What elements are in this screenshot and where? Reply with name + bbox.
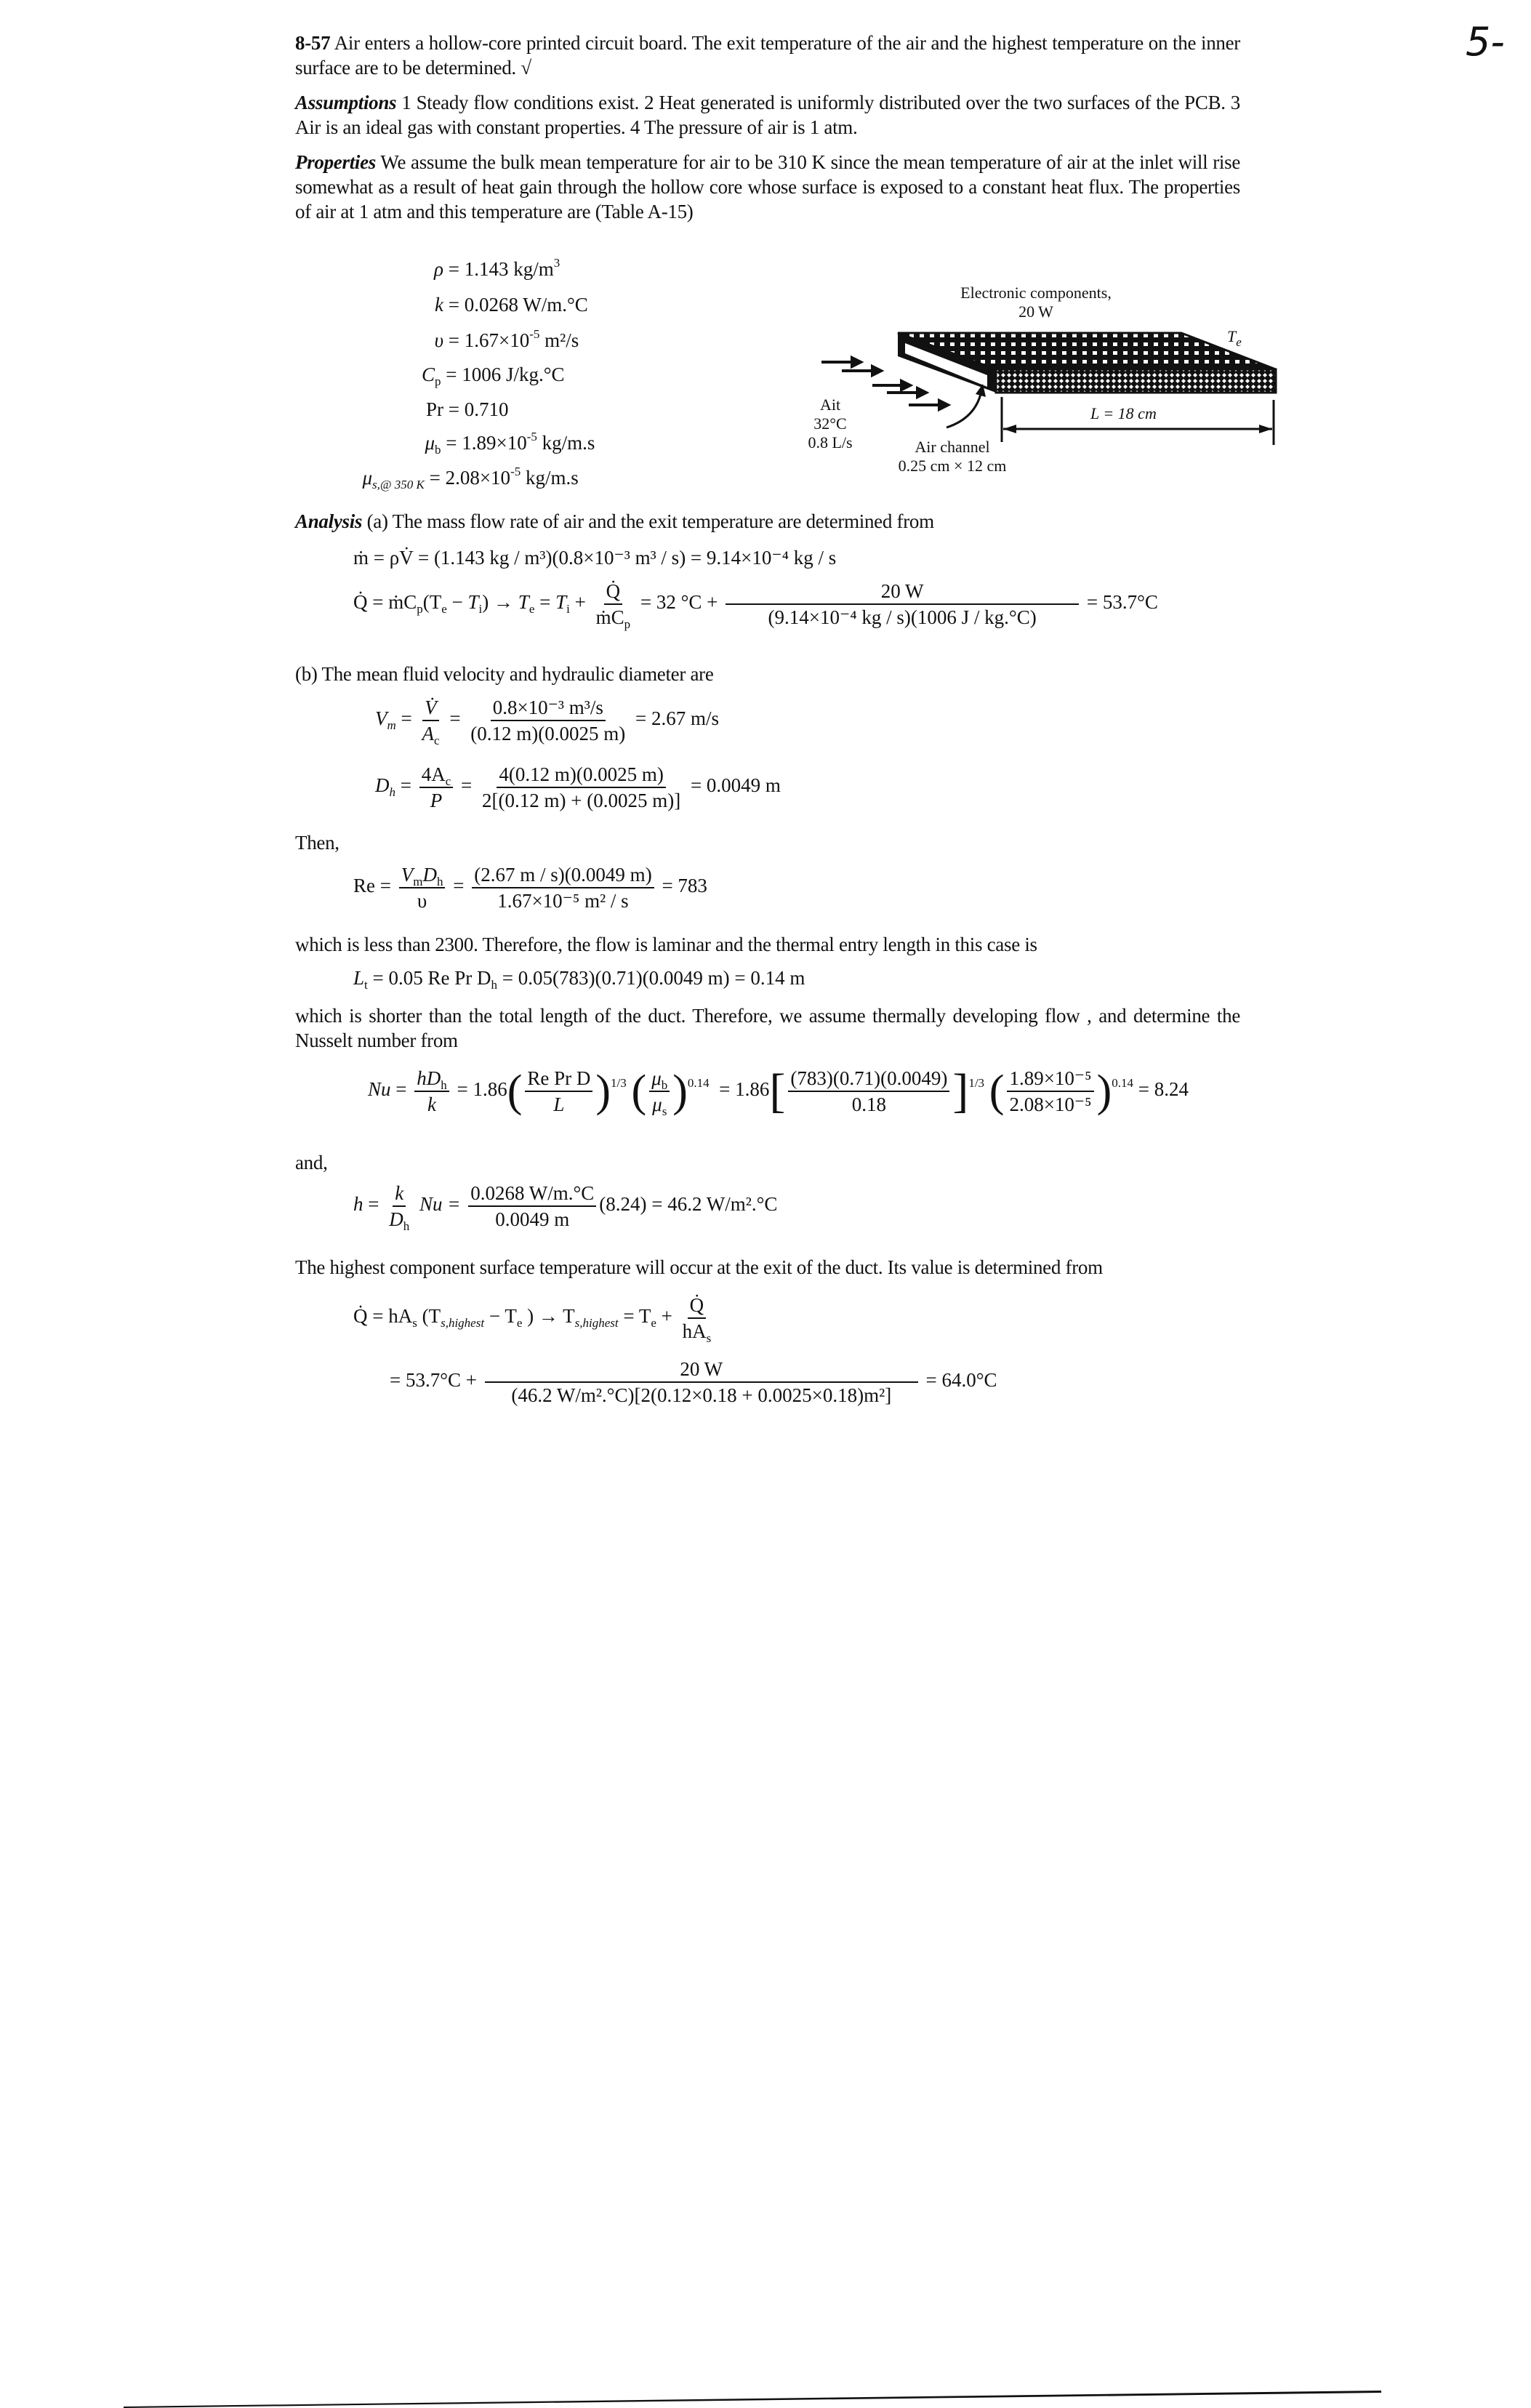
property-mu-b: μb = 1.89×10-5 kg/m.s	[378, 432, 595, 454]
properties-paragraph: Properties We assume the bulk mean tempe…	[295, 150, 1240, 224]
problem-number: 8-57	[295, 32, 330, 54]
property-rho: ρ = 1.143 kg/m3	[378, 258, 560, 281]
heat-transfer-coefficient-equation: h = kDh Nu = 0.0268 W/m.°C0.0049 m(8.24)…	[353, 1182, 777, 1230]
then-label: Then,	[295, 830, 1240, 855]
property-nu: υ = 1.67×10-5 m²/s	[378, 329, 579, 352]
reynolds-equation: Re = VmDhυ = (2.67 m / s)(0.0049 m)1.67×…	[353, 864, 707, 912]
pcb-diagram: Electronic components, 20 W Te Ait 32°C …	[785, 262, 1294, 487]
air-inlet-label: Ait 32°C 0.8 L/s	[801, 396, 859, 452]
surface-temperature-equation-line2: = 53.7°C + 20 W(46.2 W/m².°C)[2(0.12×0.1…	[390, 1358, 997, 1406]
analysis-intro: Analysis (a) The mass flow rate of air a…	[295, 509, 1240, 534]
handwritten-page-mark: 5-	[1466, 19, 1505, 65]
property-cp: Cp = 1006 J/kg.°C	[378, 364, 565, 386]
property-mu-s: μs,@ 350 K = 2.08×10-5 kg/m.s	[356, 467, 579, 489]
property-pr: Pr = 0.710	[378, 398, 508, 421]
mean-velocity-equation: Vm = V̇Ac = 0.8×10⁻³ m³/s(0.12 m)(0.0025…	[375, 697, 719, 745]
assumptions-paragraph: Assumptions 1 Steady flow conditions exi…	[295, 90, 1240, 140]
hydraulic-diameter-equation: Dh = 4AcP = 4(0.12 m)(0.0025 m)2[(0.12 m…	[375, 763, 781, 811]
exit-temp-label: Te	[1227, 327, 1242, 346]
properties-text: We assume the bulk mean temperature for …	[295, 151, 1240, 222]
air-channel-label: Air channel 0.25 cm × 12 cm	[858, 438, 1047, 475]
length-label: L = 18 cm	[1090, 404, 1157, 423]
thermal-entry-length-equation: Lt = 0.05 Re Pr Dh = 0.05(783)(0.71)(0.0…	[353, 967, 805, 990]
scan-edge-line	[0, 2379, 1531, 2408]
assumptions-label: Assumptions	[295, 92, 396, 113]
mass-flow-equation: ṁ = ρV̇ = (1.143 kg / m³)(0.8×10⁻³ m³ / …	[353, 547, 836, 569]
developing-flow-text: which is shorter than the total length o…	[295, 1003, 1240, 1053]
part-b-intro: (b) The mean fluid velocity and hydrauli…	[295, 662, 1240, 686]
problem-text: Air enters a hollow-core printed circuit…	[295, 32, 1240, 79]
highest-temperature-text: The highest component surface temperatur…	[295, 1255, 1240, 1280]
diagram-title: Electronic components, 20 W	[931, 284, 1141, 321]
property-k: k = 0.0268 W/m.°C	[378, 294, 588, 316]
surface-temperature-equation-line1: Q̇ = hAs (Ts,highest − Te ) → Ts,highest…	[353, 1294, 716, 1342]
nusselt-equation: Nu = hDhk = 1.86(Re Pr DL)1/3 (μbμs)0.14…	[368, 1067, 1189, 1115]
properties-label: Properties	[295, 151, 376, 173]
exit-temperature-equation: Q̇ = ṁCp(Te − Ti) → Te = Ti + Q̇ṁCp = 32…	[353, 580, 1158, 628]
and-label: and,	[295, 1150, 1240, 1175]
analysis-label: Analysis	[295, 510, 362, 532]
problem-statement: 8-57 Air enters a hollow-core printed ci…	[295, 31, 1240, 80]
assumptions-text: 1 Steady flow conditions exist. 2 Heat g…	[295, 92, 1240, 138]
laminar-text: which is less than 2300. Therefore, the …	[295, 932, 1240, 957]
